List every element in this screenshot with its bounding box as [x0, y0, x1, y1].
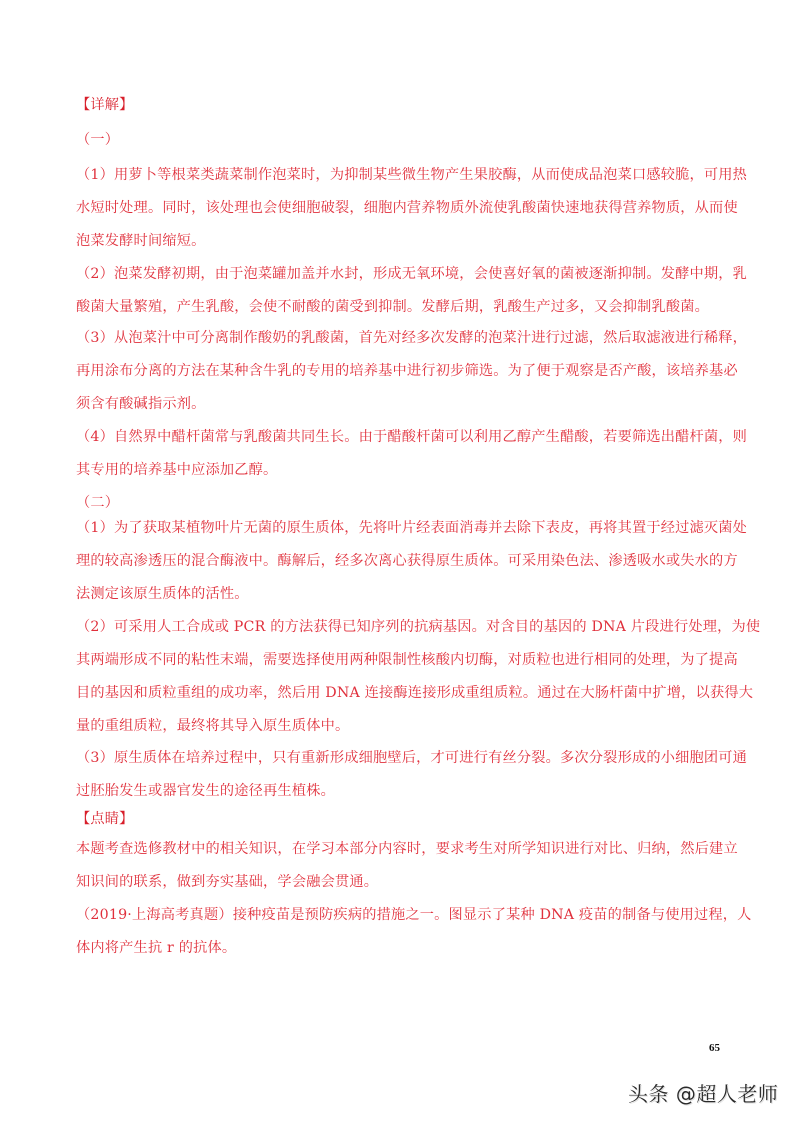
p1-item2-line1: （2）泡菜发酵初期，由于泡菜罐加盖并水封，形成无氧环境，会使喜好氧的菌被逐渐抑制… — [76, 265, 747, 283]
p1-item1-line3: 泡菜发酵时间缩短。 — [76, 232, 206, 250]
p2-item2-line3: 目的基因和质粒重组的成功率，然后用 DNA 连接酶连接形成重组质粒。通过在大肠杆… — [76, 684, 753, 702]
next-question-line1: （2019·上海高考真题）接种疫苗是预防疾病的措施之一。图显示了某种 DNA 疫… — [76, 906, 752, 924]
p2-item2-line4: 量的重组质粒，最终将其导入原生质体中。 — [76, 717, 349, 735]
p2-item2-line1: （2）可采用人工合成或 PCR 的方法获得已知序列的抗病基因。对含目的基因的 D… — [76, 618, 760, 636]
p2-item3-line2: 过胚胎发生或器官发生的途径再生植株。 — [76, 782, 335, 800]
p1-item2-line2: 酸菌大量繁殖，产生乳酸，会使不耐酸的菌受到抑制。发酵后期，乳酸生产过多，又会抑制… — [76, 298, 709, 316]
comment-heading: 【点睛】 — [76, 810, 134, 828]
p1-item3-line2: 再用涂布分离的方法在某种含牛乳的专用的培养基中进行初步筛选。为了便于观察是否产酸… — [76, 362, 738, 380]
p1-item4-line2: 其专用的培养基中应添加乙醇。 — [76, 461, 277, 479]
part-two-label: （二） — [76, 494, 119, 512]
p2-item1-line3: 法测定该原生质体的活性。 — [76, 585, 249, 603]
p1-item4-line1: （4）自然界中醋杆菌常与乳酸菌共同生长。由于醋酸杆菌可以利用乙醇产生醋酸，若要筛… — [76, 428, 747, 446]
document-page: 【详解】 （一） （1）用萝卜等根菜类蔬菜制作泡菜时，为抑制某些微生物产生果胶酶… — [0, 0, 794, 1123]
watermark: 头条 @超人老师 — [628, 1078, 778, 1107]
p1-item3-line1: （3）从泡菜汁中可分离制作酸奶的乳酸菌，首先对经多次发酵的泡菜汁进行过滤，然后取… — [76, 329, 747, 347]
p2-item2-line2: 其两端形成不同的粘性末端，需要选择使用两种限制性核酸内切酶，对质粒也进行相同的处… — [76, 651, 738, 669]
p1-item1-line1: （1）用萝卜等根菜类蔬菜制作泡菜时，为抑制某些微生物产生果胶酶，从而使成品泡菜口… — [76, 166, 747, 184]
detail-heading: 【详解】 — [76, 96, 134, 114]
comment-line2: 知识间的联系，做到夯实基础，学会融会贯通。 — [76, 873, 378, 891]
page-number: 65 — [709, 1042, 720, 1054]
comment-line1: 本题考查选修教材中的相关知识，在学习本部分内容时，要求考生对所学知识进行对比、归… — [76, 840, 738, 858]
p2-item3-line1: （3）原生质体在培养过程中，只有重新形成细胞壁后，才可进行有丝分裂。多次分裂形成… — [76, 749, 747, 767]
p1-item3-line3: 须含有酸碱指示剂。 — [76, 395, 206, 413]
p2-item1-line1: （1）为了获取某植物叶片无菌的原生质体，先将叶片经表面消毒并去除下表皮，再将其置… — [76, 519, 747, 537]
next-question-line2: 体内将产生抗 r 的抗体。 — [76, 939, 236, 957]
part-one-label: （一） — [76, 131, 119, 149]
p1-item1-line2: 水短时处理。同时，该处理也会使细胞破裂，细胞内营养物质外流使乳酸菌快速地获得营养… — [76, 199, 738, 217]
p2-item1-line2: 理的较高渗透压的混合酶液中。酶解后，经多次离心获得原生质体。可采用染色法、渗透吸… — [76, 552, 738, 570]
